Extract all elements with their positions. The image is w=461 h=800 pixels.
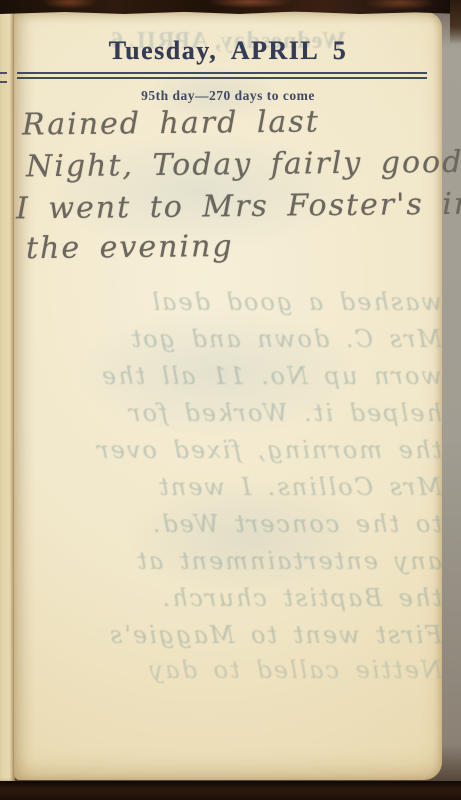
bleedthrough-line: First went to Maggie's bbox=[14, 621, 461, 649]
bleedthrough-line: worn up No. 11 all the bbox=[14, 362, 461, 390]
previous-page-edge bbox=[0, 10, 15, 781]
bleedthrough-line: Mrs Collins. I went bbox=[14, 473, 461, 501]
bleedthrough-line: the Baptist church. bbox=[14, 584, 461, 612]
bleedthrough-line: Nettie called to day bbox=[14, 656, 461, 684]
bleedthrough-line: Mrs C. down and got bbox=[14, 325, 461, 353]
book-cover-bottom-edge bbox=[0, 781, 461, 800]
bleedthrough-line: any entertainment at bbox=[14, 547, 461, 575]
book-cover-corner bbox=[450, 0, 461, 44]
bleedthrough-text: washed a good deal Mrs C. down and got w… bbox=[14, 12, 442, 780]
bleedthrough-line: washed a good deal bbox=[14, 288, 461, 316]
diary-scan: Wednesday, APRIL 6 Tuesday, APRIL 5 95th… bbox=[0, 0, 461, 800]
diary-page: Wednesday, APRIL 6 Tuesday, APRIL 5 95th… bbox=[14, 12, 442, 780]
bleedthrough-line: helped it. Worked for bbox=[14, 399, 461, 427]
facing-page-rule-mark bbox=[0, 72, 7, 83]
book-cover-top-edge bbox=[0, 0, 461, 14]
bleedthrough-line: the morning, fixed over bbox=[14, 436, 461, 464]
bleedthrough-line: to the concert Wed. bbox=[14, 510, 461, 538]
